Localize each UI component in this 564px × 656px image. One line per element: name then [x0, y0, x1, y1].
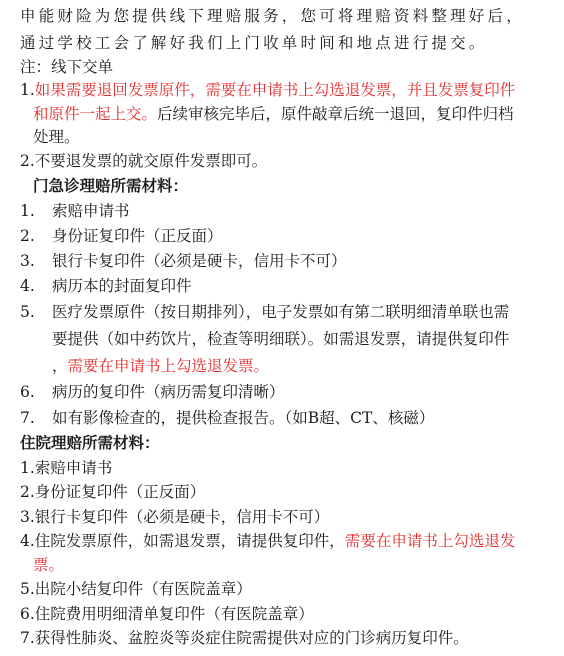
outpatient-item-5-red-text: 需要在申请书上勾选退发票。	[68, 357, 270, 375]
list-number: 7.	[20, 628, 35, 648]
note-item-1-red-text: 如果需要退回发票原件，需要在申请书上勾选退发票，并且发票复印件	[35, 81, 516, 99]
outpatient-item-5-cont: 要提供（如中药饮片，检查等明细联）。如需退发票，请提供复印件	[52, 329, 509, 349]
list-number: 1.	[20, 80, 35, 100]
item-text: 住院发票原件，如需退发票，请提供复印件，	[35, 532, 345, 550]
inpatient-item-5: 5.出院小结复印件（有医院盖章）	[20, 579, 252, 599]
outpatient-item-5: 5.医疗发票原件（按日期排列），电子发票如有第二联明细清单联也需	[20, 302, 509, 322]
list-number: 3.	[20, 507, 35, 527]
list-number: 2.	[20, 151, 35, 171]
item-text: 出院小结复印件（有医院盖章）	[35, 580, 252, 598]
list-number: 3.	[20, 251, 52, 271]
item-text: 身份证复印件（正反面）	[52, 227, 223, 245]
note-item-1-cont: 和原件一起上交。后续审核完毕后，原件敲章后统一退回，复印件归档	[33, 104, 514, 124]
note-item-2-text: 不要退发票的就交原件发票即可。	[35, 152, 268, 170]
item-text: 索赔申请书	[35, 459, 113, 477]
list-number: 2.	[20, 226, 52, 246]
inpatient-item-7: 7.获得性肺炎、盆腔炎等炎症住院需提供对应的门诊病历复印件。	[20, 628, 469, 648]
note-item-1-cont-2: 处理。	[33, 127, 80, 147]
inpatient-heading: 住院理赔所需材料：	[20, 433, 160, 453]
list-number: 1.	[20, 201, 52, 221]
inpatient-item-3: 3.银行卡复印件（必须是硬卡，信用卡不可）	[20, 507, 329, 527]
comma: ，	[52, 357, 68, 375]
inpatient-item-4-red-text: 需要在申请书上勾选退发	[345, 532, 516, 550]
item-text: 银行卡复印件（必须是硬卡，信用卡不可）	[35, 508, 330, 526]
item-text: 身份证复印件（正反面）	[35, 483, 206, 501]
outpatient-heading: 门急诊理赔所需材料：	[33, 176, 188, 196]
item-text: 银行卡复印件（必须是硬卡，信用卡不可）	[52, 252, 347, 270]
outpatient-item-1: 1.索赔申请书	[20, 201, 130, 221]
list-number: 6.	[20, 382, 52, 402]
outpatient-item-6: 6.病历的复印件（病历需复印清晰）	[20, 382, 285, 402]
note-item-2: 2.不要退发票的就交原件发票即可。	[20, 151, 267, 171]
note-item-1-red-text-2: 和原件一起上交。	[33, 105, 157, 123]
outpatient-item-2: 2.身份证复印件（正反面）	[20, 226, 223, 246]
inpatient-item-6: 6.住院费用明细清单复印件（有医院盖章）	[20, 604, 314, 624]
intro-line-2: 通过学校工会了解好我们上门收单时间和地点进行提交。	[20, 33, 488, 53]
item-text: 医疗发票原件（按日期排列），电子发票如有第二联明细清单联也需	[52, 303, 509, 321]
item-text: 索赔申请书	[52, 202, 130, 220]
outpatient-item-7: 7.如有影像检查的，提供检查报告。（如B超、CT、核磁）	[20, 408, 434, 428]
inpatient-item-4-cont: 票。	[33, 555, 64, 575]
intro-line-1: 申能财险为您提供线下理赔服务，您可将理赔资料整理好后，	[20, 6, 525, 26]
list-number: 5.	[20, 302, 52, 322]
note-item-1: 1.如果需要退回发票原件，需要在申请书上勾选退发票，并且发票复印件	[20, 80, 515, 100]
outpatient-item-5-cont-2: ，需要在申请书上勾选退发票。	[52, 356, 269, 376]
note-item-1-black-text: 后续审核完毕后，原件敲章后统一退回，复印件归档	[157, 105, 514, 123]
list-number: 2.	[20, 482, 35, 502]
item-text: 住院费用明细清单复印件（有医院盖章）	[35, 605, 314, 623]
list-number: 4.	[20, 276, 52, 296]
item-text: 获得性肺炎、盆腔炎等炎症住院需提供对应的门诊病历复印件。	[35, 629, 469, 647]
inpatient-item-2: 2.身份证复印件（正反面）	[20, 482, 205, 502]
list-number: 5.	[20, 579, 35, 599]
item-text: 病历的复印件（病历需复印清晰）	[52, 383, 285, 401]
list-number: 1.	[20, 458, 35, 478]
outpatient-item-3: 3.银行卡复印件（必须是硬卡，信用卡不可）	[20, 251, 347, 271]
item-text: 如有影像检查的，提供检查报告。（如B超、CT、核磁）	[52, 409, 434, 427]
outpatient-item-4: 4.病历本的封面复印件	[20, 276, 192, 296]
note-title: 注：线下交单	[20, 57, 113, 77]
list-number: 4.	[20, 531, 35, 551]
inpatient-item-4: 4.住院发票原件，如需退发票，请提供复印件，需要在申请书上勾选退发	[20, 531, 515, 551]
list-number: 7.	[20, 408, 52, 428]
item-text: 病历本的封面复印件	[52, 277, 192, 295]
list-number: 6.	[20, 604, 35, 624]
inpatient-item-1: 1.索赔申请书	[20, 458, 112, 478]
